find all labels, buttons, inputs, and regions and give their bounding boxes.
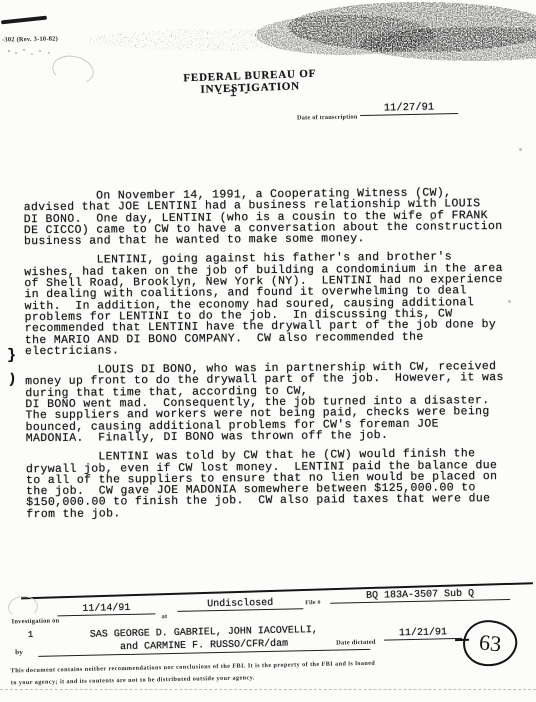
investigation-location-value: Undisclosed xyxy=(177,597,303,612)
handwritten-mark-by-line: 1 xyxy=(28,630,34,640)
paragraph-2: LENTINI, going against his father's and … xyxy=(24,251,517,357)
paragraph-4: LENTINI was told by CW that he (CW) woul… xyxy=(26,448,519,520)
handwritten-margin-bracket: } xyxy=(7,347,16,364)
pen-mark-top-left xyxy=(1,16,47,25)
file-number-label: File # xyxy=(305,600,320,606)
form-footer: Investigation on 11/14/91 at Undisclosed… xyxy=(0,569,536,702)
by-label: by xyxy=(15,648,23,656)
date-dictated-value: 11/21/91 xyxy=(384,627,462,641)
transcription-date-value: 11/27/91 xyxy=(360,101,458,116)
investigation-on-label: Investigation on xyxy=(12,617,60,625)
transcription-date-label: Date of transcription xyxy=(297,113,358,121)
paragraph-1: On November 14, 1991, a Cooperating Witn… xyxy=(24,187,516,248)
pencil-marks xyxy=(8,50,10,52)
report-body: On November 14, 1991, a Cooperating Witn… xyxy=(24,187,519,528)
reporting-agents-value: SAS GEORGE D. GABRIEL, JOHN IACOVELLI, a… xyxy=(38,623,370,657)
handwritten-margin-paren: ) xyxy=(7,372,17,389)
page-number: - 1 - xyxy=(183,87,283,102)
disclaimer-line-1: This document contains neither recommend… xyxy=(11,660,376,675)
date-dictated-label: Date dictated xyxy=(336,639,376,647)
paragraph-3: LOUIS DI BONO, who was in partnership wi… xyxy=(25,361,518,444)
investigation-date-value: 11/14/91 xyxy=(57,602,155,616)
circled-page-stamp: 63 xyxy=(461,618,519,669)
at-label: at xyxy=(161,613,167,620)
disclaimer-line-2: to your agency; it and its contents are … xyxy=(11,674,255,686)
scan-dot xyxy=(519,148,522,151)
scanned-fd302-document: -302 (Rev. 3-10-82) FEDERAL BUREAU OF IN… xyxy=(0,0,536,702)
file-number-value: BQ 183A-3507 Sub Q xyxy=(330,588,510,604)
bottom-scan-edge-line xyxy=(0,689,536,690)
form-number: -302 (Rev. 3-10-82) xyxy=(2,36,58,44)
